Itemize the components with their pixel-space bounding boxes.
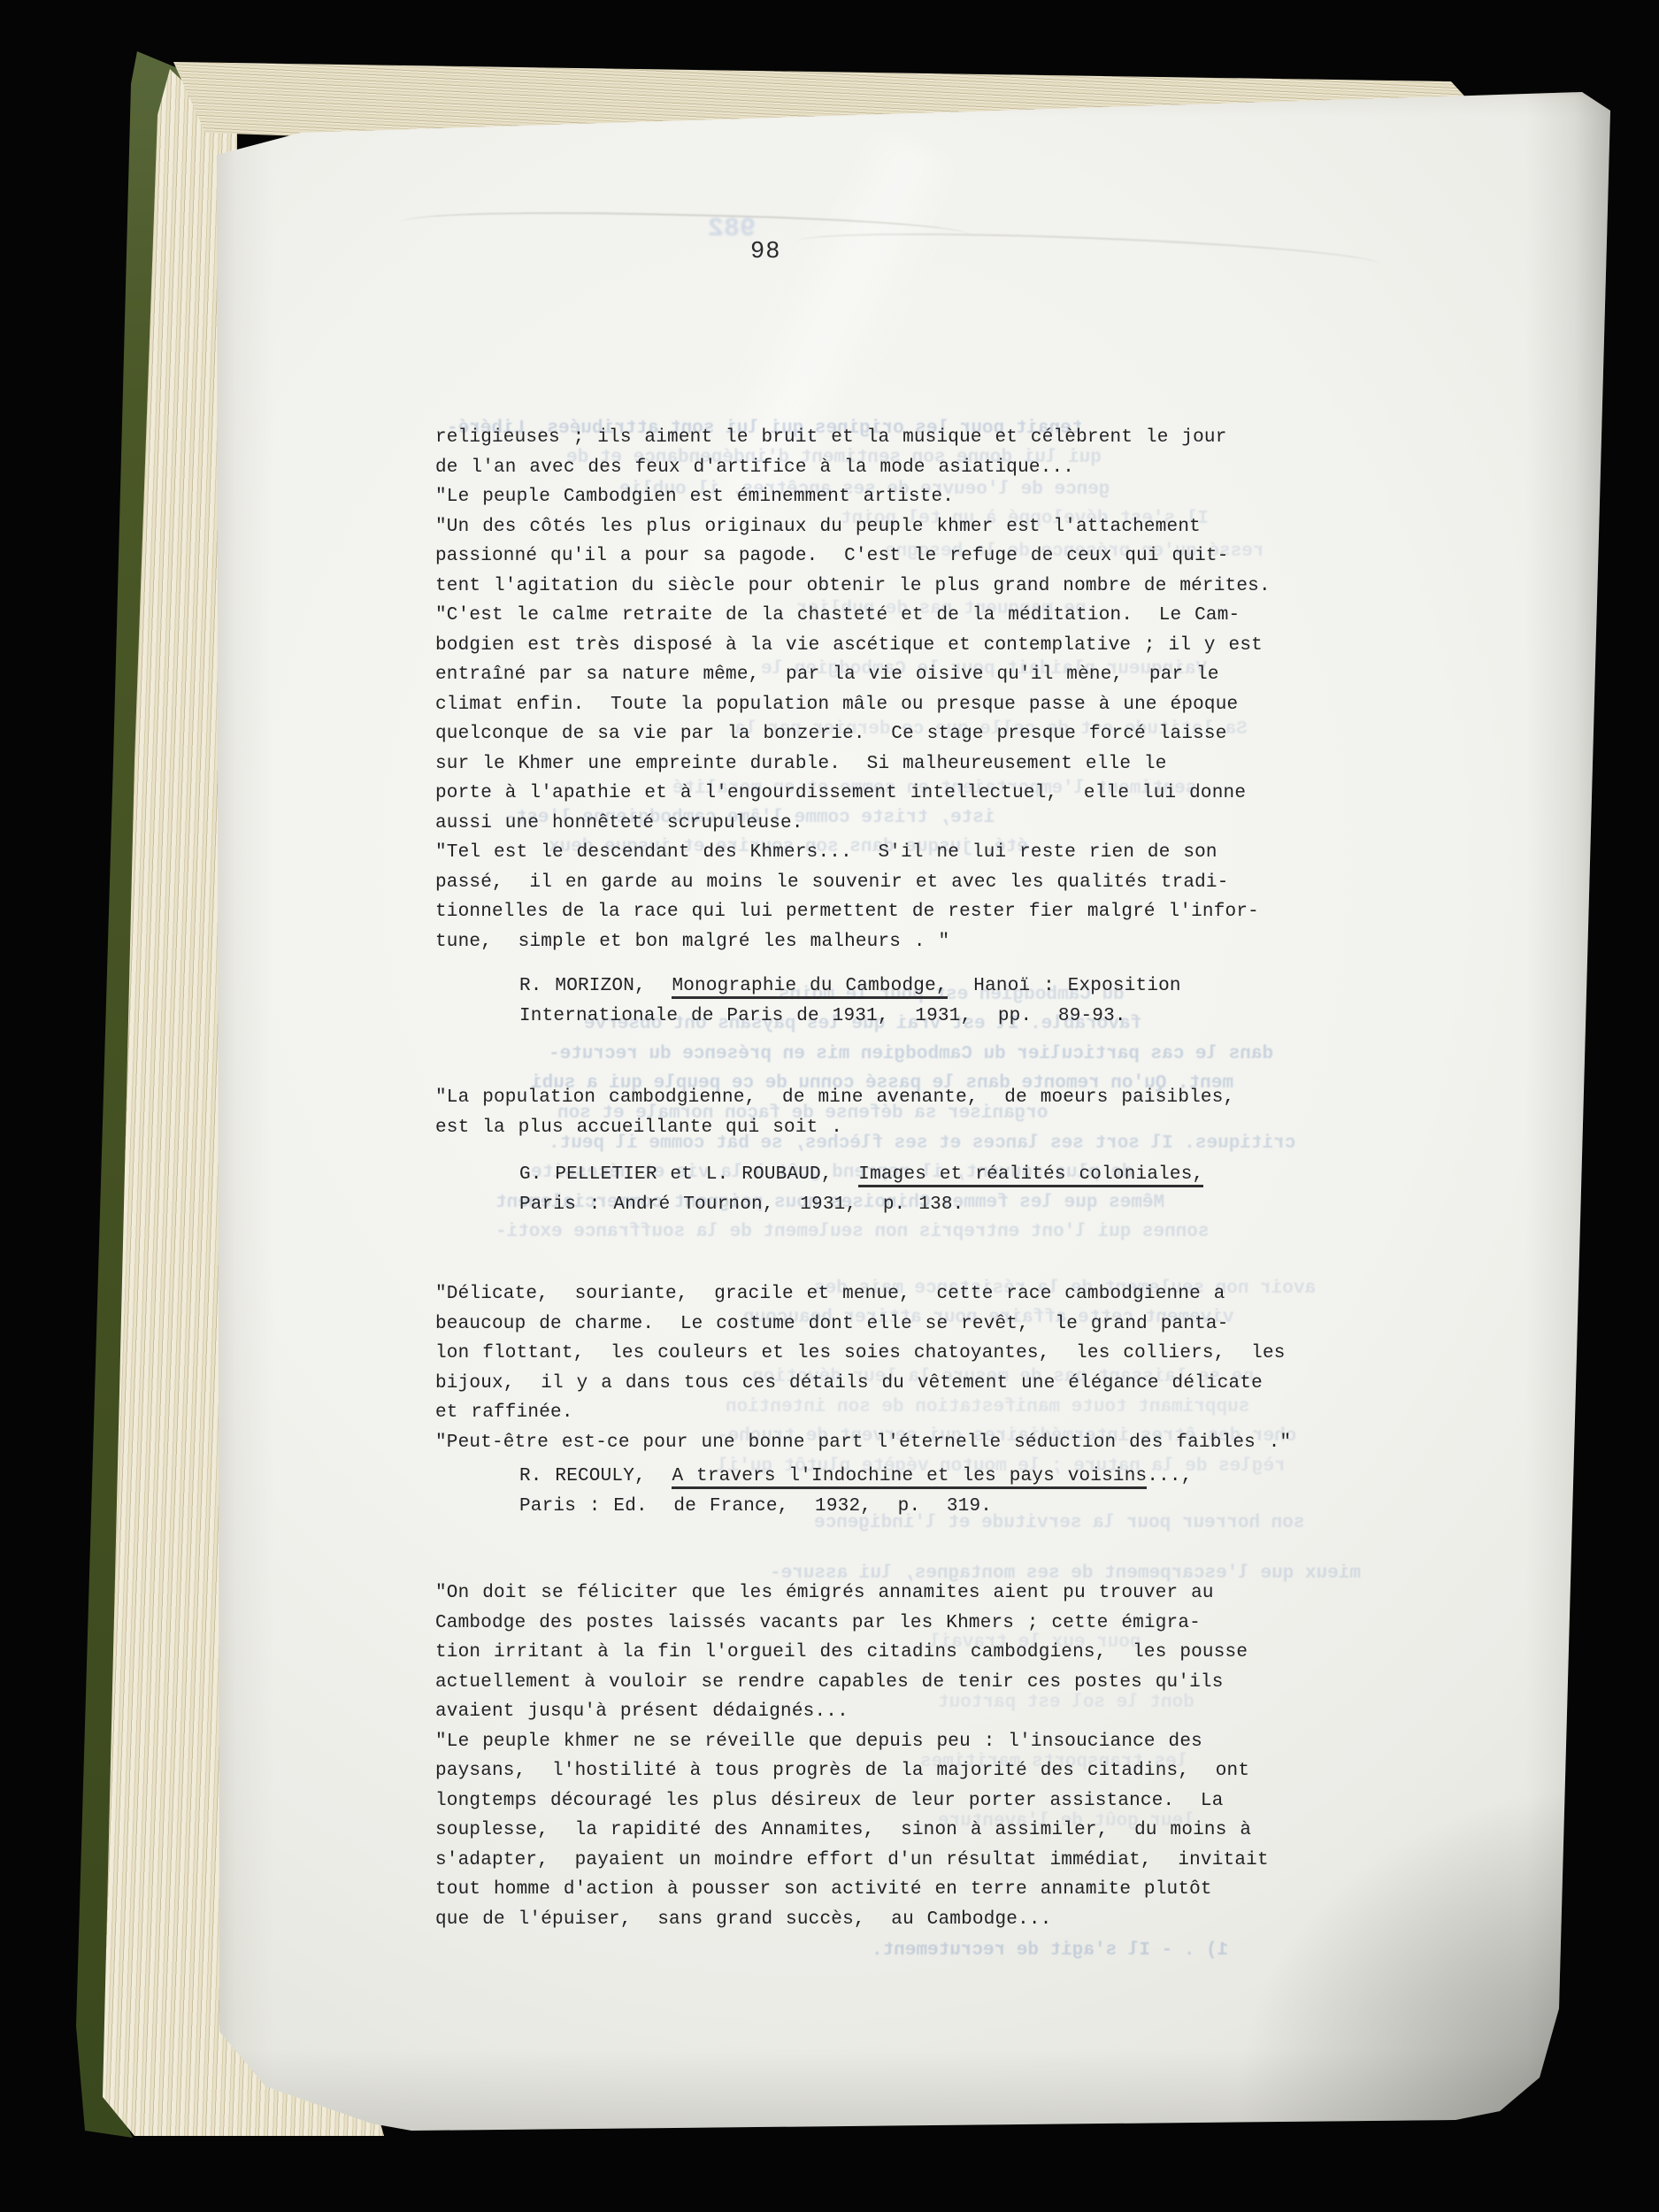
- text-line: aussi une honnêteté scrupuleuse.: [435, 809, 1271, 839]
- bleedthrough-line: 1) . - Il s'agit de recrutement.: [872, 1936, 1228, 1966]
- quote-paragraph-morizon: religieuses ; ils aiment le bruit et la …: [435, 423, 1271, 956]
- page-number: 98: [750, 239, 780, 265]
- reference-imprint: Hanoï : Exposition: [948, 976, 1181, 996]
- reference-author: G. PELLETIER et L. ROUBAUD,: [519, 1164, 858, 1185]
- reference-title-underlined: Monographie du Cambodge,: [672, 976, 947, 999]
- text-line: "Un des côtés les plus originaux du peup…: [435, 512, 1271, 542]
- text-line: tion irritant à la fin l'orgueil des cit…: [435, 1638, 1269, 1668]
- text-line: entraîné par sa nature même, par la vie …: [435, 660, 1271, 690]
- text-line: climat enfin. Toute la population mâle o…: [435, 690, 1271, 720]
- text-line: Cambodge des postes laissés vacants par …: [435, 1609, 1269, 1639]
- text-line: longtemps découragé les plus désireux de…: [435, 1786, 1269, 1816]
- text-line: et raffinée.: [435, 1398, 1291, 1428]
- reference-line: G. PELLETIER et L. ROUBAUD, Images et ré…: [519, 1160, 1203, 1190]
- text-line: sur le Khmer une empreinte durable. Si m…: [435, 749, 1271, 780]
- text-line: passé, il en garde au moins le souvenir …: [435, 868, 1271, 898]
- reference-title-underlined: A travers l'Indochine et les pays voisin…: [672, 1466, 1147, 1489]
- reference-line: Internationale de Paris de 1931, 1931, p…: [519, 1002, 1181, 1032]
- reference-citation-recouly: R. RECOULY, A travers l'Indochine et les…: [519, 1462, 1193, 1521]
- reference-title-underlined: Images et réalités coloniales,: [858, 1164, 1203, 1187]
- text-line: "On doit se féliciter que les émigrés an…: [435, 1578, 1269, 1609]
- reference-citation-pelletier: G. PELLETIER et L. ROUBAUD, Images et ré…: [519, 1160, 1203, 1219]
- text-line: religieuses ; ils aiment le bruit et la …: [435, 423, 1271, 453]
- ink-smudge: 982: [708, 214, 756, 244]
- text-line: "Le peuple khmer ne se réveille que depu…: [435, 1727, 1269, 1757]
- text-line: souplesse, la rapidité des Annamites, si…: [435, 1816, 1269, 1846]
- text-line: "C'est le calme retraite de la chasteté …: [435, 601, 1271, 631]
- reference-line: R. MORIZON, Monographie du Cambodge, Han…: [519, 972, 1181, 1002]
- text-line: tout homme d'action à pousser son activi…: [435, 1875, 1269, 1905]
- photo-backdrop: tenait pour les origines qui lui sont at…: [0, 0, 1659, 2212]
- text-line: "Délicate, souriante, gracile et menue, …: [435, 1279, 1291, 1310]
- text-line: s'adapter, payaient un moindre effort d'…: [435, 1846, 1269, 1876]
- text-line: tune, simple et bon malgré les malheurs …: [435, 927, 1271, 957]
- reference-imprint: ...,: [1147, 1466, 1192, 1486]
- text-line: tent l'agitation du siècle pour obtenir …: [435, 572, 1271, 602]
- text-line: passionné qu'il a pour sa pagode. C'est …: [435, 541, 1271, 572]
- reference-author: R. MORIZON,: [519, 976, 672, 996]
- quote-paragraph-recouly: "Délicate, souriante, gracile et menue, …: [435, 1279, 1291, 1457]
- text-line: paysans, l'hostilité à tous progrès de l…: [435, 1756, 1269, 1786]
- bleedthrough-line: sonnes qui l'ont entrepris non seulement…: [495, 1217, 1210, 1248]
- text-line: tionnelles de la race qui lui permettent…: [435, 897, 1271, 927]
- reference-line: Paris : André Tournon, 1931, p. 138.: [519, 1190, 1203, 1220]
- bleedthrough-line: dans le cas particulier du Cambodgien mi…: [549, 1040, 1273, 1070]
- reference-citation-morizon: R. MORIZON, Monographie du Cambodge, Han…: [519, 972, 1181, 1031]
- reference-author: R. RECOULY,: [519, 1466, 672, 1486]
- text-line: de l'an avec des feux d'artifice à la mo…: [435, 453, 1271, 483]
- text-line: porte à l'apathie et à l'engourdissement…: [435, 779, 1271, 809]
- text-line: bijoux, il y a dans tous ces détails du …: [435, 1369, 1291, 1399]
- text-line: avaient jusqu'à présent dédaignés...: [435, 1697, 1269, 1727]
- text-line: beaucoup de charme. Le costume dont elle…: [435, 1310, 1291, 1340]
- text-line: "Le peuple Cambodgien est éminemment art…: [435, 482, 1271, 512]
- text-line: "Peut-être est-ce pour une bonne part l'…: [435, 1428, 1291, 1458]
- text-line: lon flottant, les couleurs et les soies …: [435, 1339, 1291, 1369]
- reference-line: Paris : Ed. de France, 1932, p. 319.: [519, 1492, 1193, 1522]
- text-line: quelconque de sa vie par la bonzerie. Ce…: [435, 719, 1271, 749]
- text-line: est la plus accueillante qui soit .: [435, 1113, 1234, 1143]
- text-line: "La population cambodgienne, de mine ave…: [435, 1083, 1234, 1113]
- reference-line: R. RECOULY, A travers l'Indochine et les…: [519, 1462, 1193, 1492]
- text-line: bodgien est très disposé à la vie ascéti…: [435, 631, 1271, 661]
- text-line: "Tel est le descendant des Khmers... S'i…: [435, 838, 1271, 868]
- quote-paragraph-emigres: "On doit se féliciter que les émigrés an…: [435, 1578, 1269, 1934]
- quote-paragraph-pelletier: "La population cambodgienne, de mine ave…: [435, 1083, 1234, 1142]
- text-line: actuellement à vouloir se rendre capable…: [435, 1668, 1269, 1698]
- text-line: que de l'épuiser, sans grand succès, au …: [435, 1905, 1269, 1935]
